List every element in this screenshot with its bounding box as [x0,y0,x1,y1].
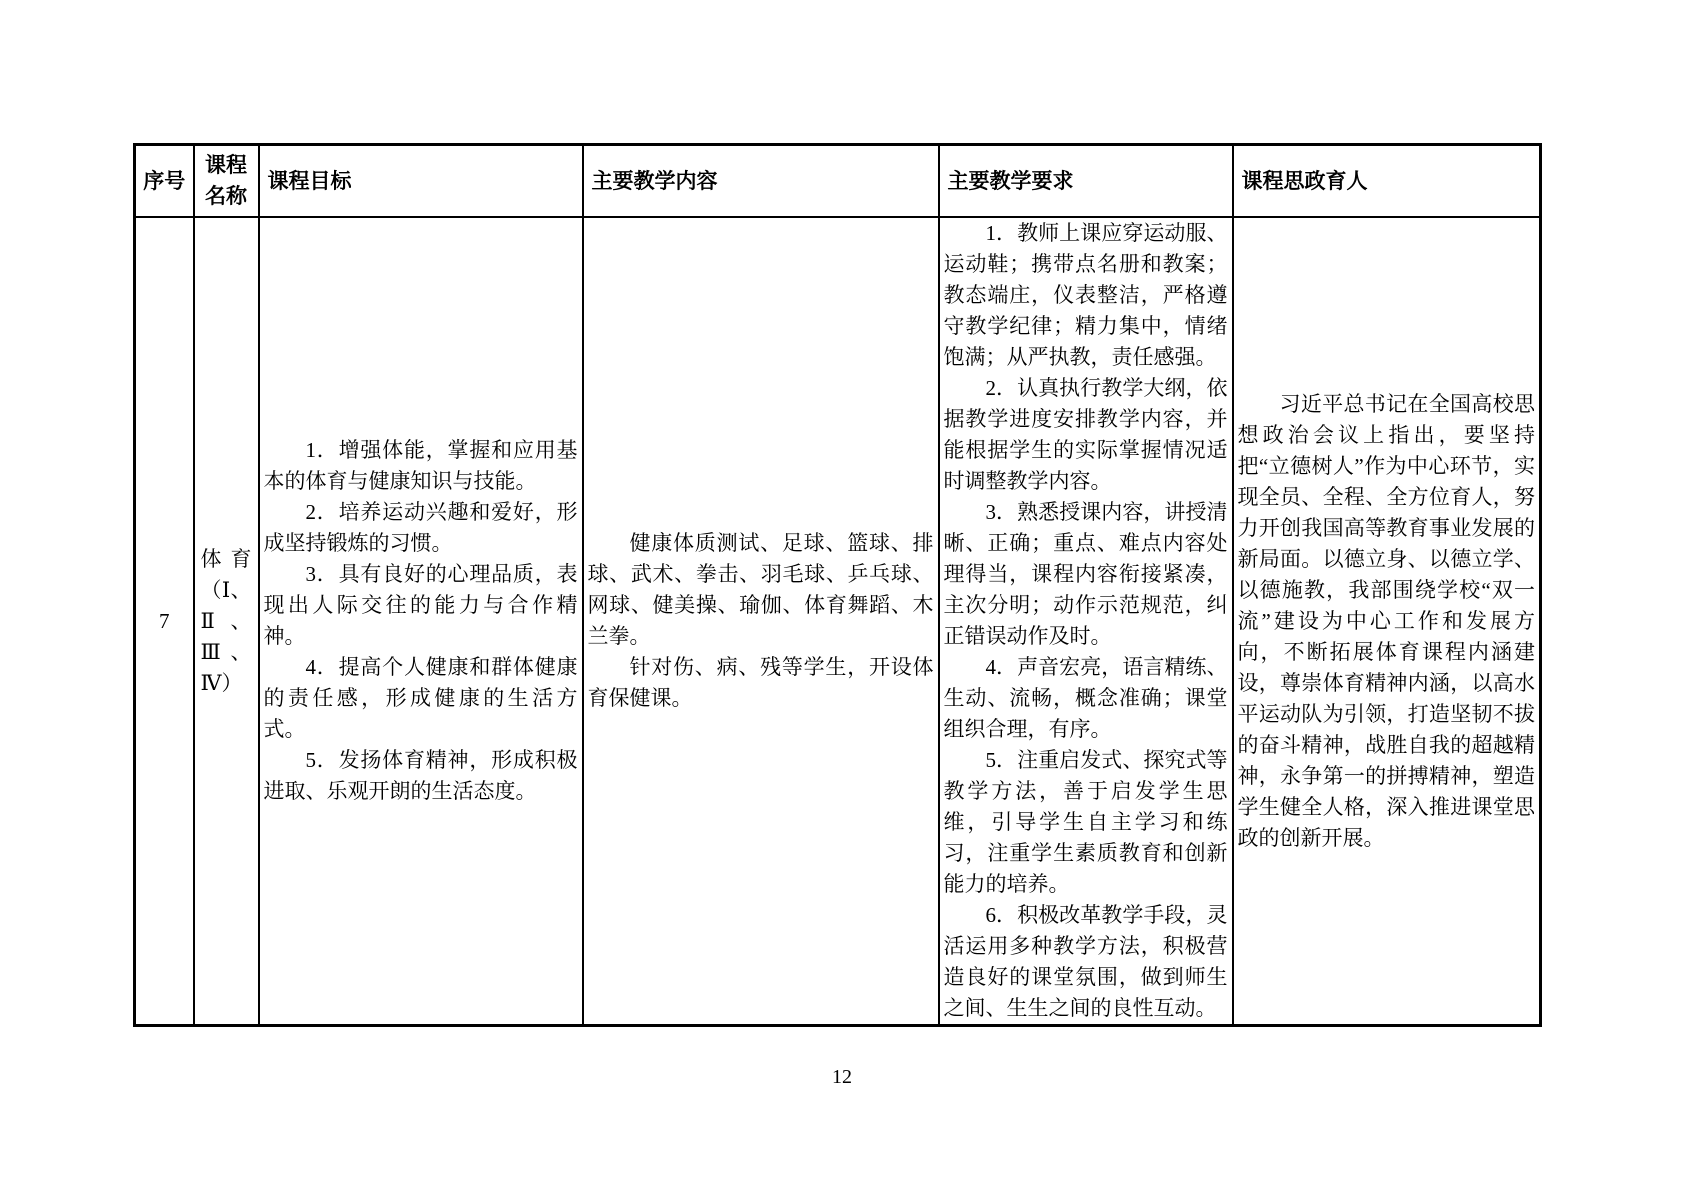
requirement-paragraph: 1．教师上课应穿运动服、运动鞋；携带点名册和教案；教态端庄，仪表整洁，严格遵守教… [944,218,1228,373]
content-paragraph: 健康体质测试、足球、篮球、排球、武术、拳击、羽毛球、乒乓球、网球、健美操、瑜伽、… [588,528,934,652]
col-header-teaching-requirements: 主要教学要求 [939,145,1233,218]
cell-course-name: 体育（Ⅰ、Ⅱ、Ⅲ、Ⅳ） [194,217,259,1026]
cell-ideology: 习近平总书记在全国高校思想政治会议上指出，要坚持把“立德树人”作为中心环节，实现… [1233,217,1541,1026]
col-header-course-goals: 课程目标 [259,145,583,218]
goal-paragraph: 5．发扬体育精神，形成积极进取、乐观开朗的生活态度。 [264,745,578,807]
col-header-course-name: 课程名称 [194,145,259,218]
goal-paragraph: 2．培养运动兴趣和爱好，形成坚持锻炼的习惯。 [264,497,578,559]
goal-paragraph: 1．增强体能，掌握和应用基本的体育与健康知识与技能。 [264,435,578,497]
requirement-paragraph: 6．积极改革教学手段，灵活运用多种教学方法，积极营造良好的课堂氛围，做到师生之间… [944,900,1228,1024]
col-header-serial: 序号 [135,145,194,218]
goal-paragraph: 4．提高个人健康和群体健康的责任感，形成健康的生活方式。 [264,652,578,745]
col-header-teaching-content: 主要教学内容 [583,145,939,218]
goal-paragraph: 3．具有良好的心理品质，表现出人际交往的能力与合作精神。 [264,559,578,652]
cell-serial-number: 7 [135,217,194,1026]
cell-teaching-requirements: 1．教师上课应穿运动服、运动鞋；携带点名册和教案；教态端庄，仪表整洁，严格遵守教… [939,217,1233,1026]
table-row: 7 体育（Ⅰ、Ⅱ、Ⅲ、Ⅳ） 1．增强体能，掌握和应用基本的体育与健康知识与技能。… [135,217,1541,1026]
cell-teaching-content: 健康体质测试、足球、篮球、排球、武术、拳击、羽毛球、乒乓球、网球、健美操、瑜伽、… [583,217,939,1026]
requirement-paragraph: 3．熟悉授课内容，讲授清晰、正确；重点、难点内容处理得当，课程内容衔接紧凑，主次… [944,497,1228,652]
course-table: 序号 课程名称 课程目标 主要教学内容 主要教学要求 课程思政育人 7 体育（Ⅰ… [133,143,1542,1027]
ideology-paragraph: 习近平总书记在全国高校思想政治会议上指出，要坚持把“立德树人”作为中心环节，实现… [1238,389,1536,854]
requirement-paragraph: 2．认真执行教学大纲，依据教学进度安排教学内容，并能根据学生的实际掌握情况适时调… [944,373,1228,497]
requirement-paragraph: 5．注重启发式、探究式等教学方法，善于启发学生思维，引导学生自主学习和练习，注重… [944,745,1228,900]
cell-course-goals: 1．增强体能，掌握和应用基本的体育与健康知识与技能。 2．培养运动兴趣和爱好，形… [259,217,583,1026]
content-paragraph: 针对伤、病、残等学生，开设体育保健课。 [588,652,934,714]
col-header-ideology: 课程思政育人 [1233,145,1541,218]
page-number: 12 [0,1064,1684,1090]
requirement-paragraph: 4．声音宏亮，语言精练、生动、流畅，概念准确；课堂组织合理，有序。 [944,652,1228,745]
document-page: 序号 课程名称 课程目标 主要教学内容 主要教学要求 课程思政育人 7 体育（Ⅰ… [0,0,1684,1191]
table-header-row: 序号 课程名称 课程目标 主要教学内容 主要教学要求 课程思政育人 [135,145,1541,218]
